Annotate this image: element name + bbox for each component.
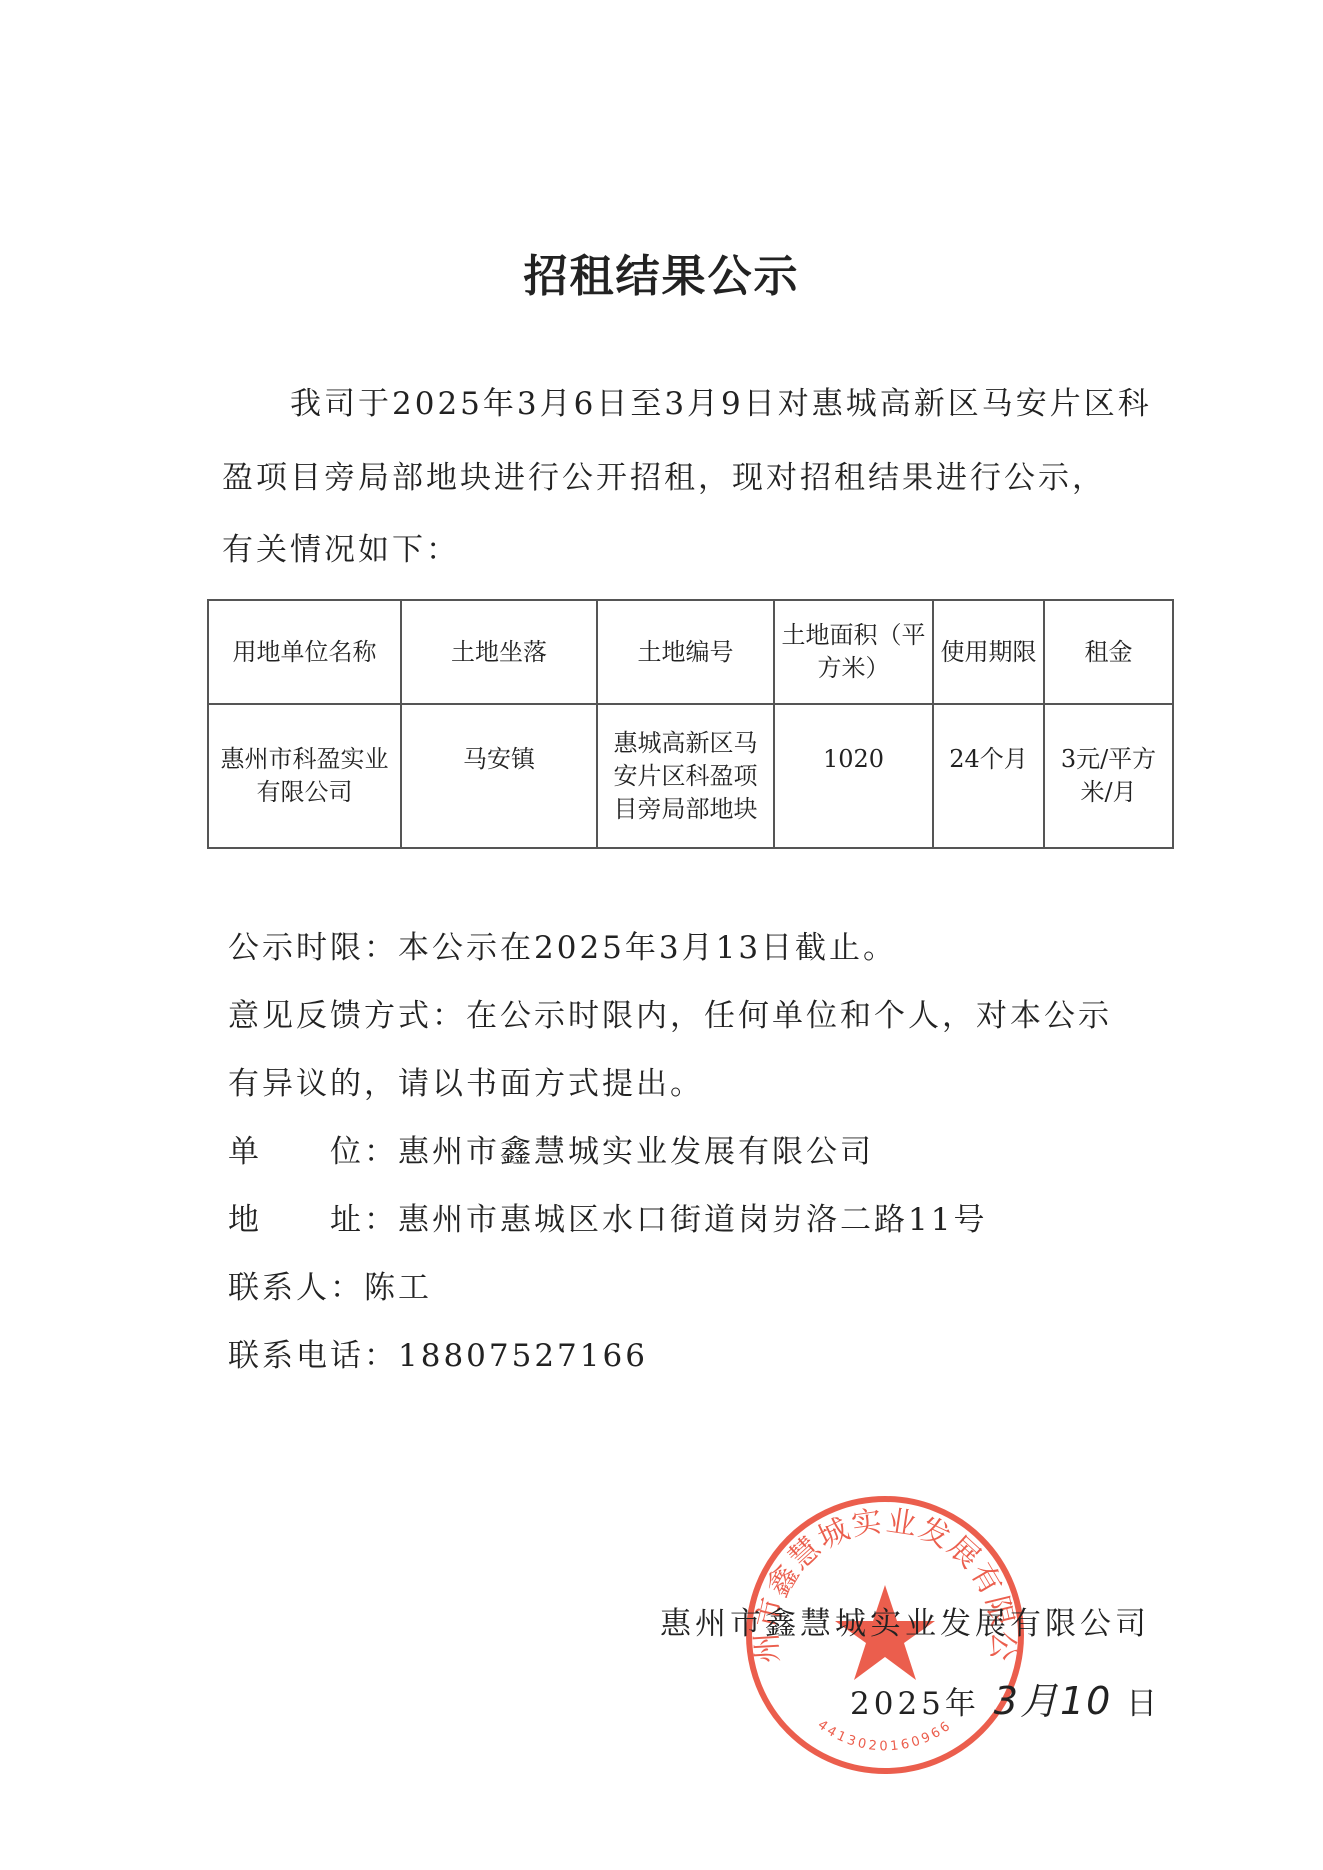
cell-unit-name: 惠州市科盈实业有限公司 (208, 704, 401, 848)
feedback-line-2: 有异议的，请以书面方式提出。 (228, 1058, 704, 1103)
signature-year: 2025年 (850, 1686, 980, 1722)
contact-address-value: 惠州市惠城区水口街道岗岃洛二路11号 (398, 1202, 987, 1238)
contact-phone: 联系电话：18807527166 (228, 1330, 648, 1375)
signature-date: 2025年 3月10 日 (850, 1670, 1161, 1725)
contact-person: 联系人：陈工 (228, 1262, 432, 1307)
table-row: 惠州市科盈实业有限公司 马安镇 惠城高新区马安片区科盈项目旁局部地块 1020 … (208, 704, 1173, 848)
contact-phone-label: 联系电话： (228, 1338, 398, 1374)
intro-line-1: 我司于2025年3月6日至3月9日对惠城高新区马安片区科 (290, 378, 1152, 423)
table-header-row: 用地单位名称 土地坐落 土地编号 土地面积（平方米） 使用期限 租金 (208, 600, 1173, 704)
intro-line-2: 盈项目旁局部地块进行公开招租，现对招租结果进行公示， (222, 452, 1106, 497)
cell-term: 24个月 (933, 704, 1044, 848)
header-unit-name: 用地单位名称 (208, 600, 401, 704)
intro-line-3: 有关情况如下： (222, 524, 460, 569)
contact-unit: 单 位：惠州市鑫慧城实业发展有限公司 (228, 1126, 874, 1171)
contact-address-label: 地 址： (228, 1202, 398, 1238)
signature-day-suffix: 日 (1126, 1686, 1161, 1722)
feedback-line-1: 意见反馈方式：在公示时限内，任何单位和个人，对本公示 (228, 990, 1112, 1035)
notice-period: 公示时限：本公示在2025年3月13日截止。 (228, 922, 897, 967)
contact-address: 地 址：惠州市惠城区水口街道岗岃洛二路11号 (228, 1194, 987, 1239)
contact-unit-value: 惠州市鑫慧城实业发展有限公司 (398, 1134, 874, 1170)
header-location: 土地坐落 (401, 600, 597, 704)
header-rent: 租金 (1044, 600, 1173, 704)
cell-area: 1020 (774, 704, 933, 848)
cell-rent: 3元/平方米/月 (1044, 704, 1173, 848)
contact-phone-value: 18807527166 (398, 1338, 648, 1374)
contact-person-value: 陈工 (364, 1270, 432, 1306)
header-area: 土地面积（平方米） (774, 600, 933, 704)
cell-location: 马安镇 (401, 704, 597, 848)
contact-unit-label: 单 位： (228, 1134, 398, 1170)
signature-company: 惠州市鑫慧城实业发展有限公司 (660, 1598, 1150, 1643)
cell-land-number: 惠城高新区马安片区科盈项目旁局部地块 (597, 704, 774, 848)
document-title: 招租结果公示 (0, 240, 1323, 304)
contact-person-label: 联系人： (228, 1270, 364, 1306)
header-term: 使用期限 (933, 600, 1044, 704)
header-land-number: 土地编号 (597, 600, 774, 704)
result-table: 用地单位名称 土地坐落 土地编号 土地面积（平方米） 使用期限 租金 惠州市科盈… (207, 599, 1174, 849)
signature-handwritten-date: 3月10 (994, 1679, 1113, 1723)
